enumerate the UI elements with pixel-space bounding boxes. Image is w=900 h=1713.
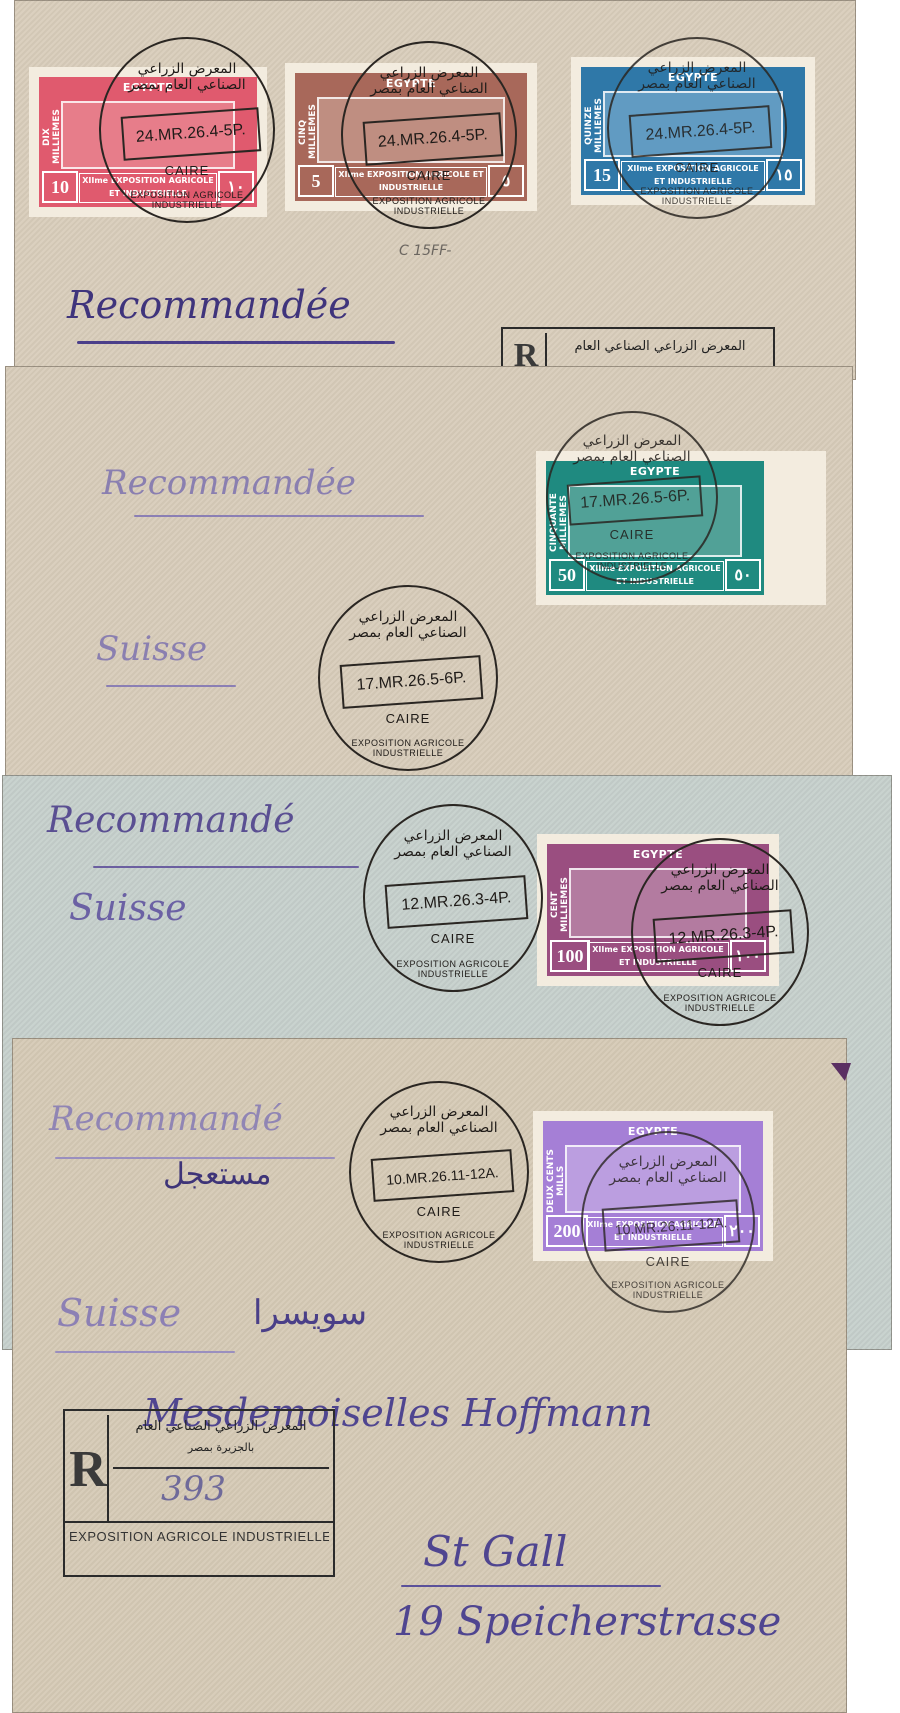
postmark-date: 10.MR.26.11-12A. [371,1149,514,1202]
handwriting-arabic-switzerland: سويسرا [253,1293,367,1333]
handwriting-recommande: Recommandé [47,800,295,841]
registration-r-letter: R [69,1415,109,1523]
handwriting-suisse: Suisse [69,888,187,929]
postmark-city: CAIRE [633,965,807,980]
postmark: المعرض الزراعي الصناعي العام بمصر 10.MR.… [349,1081,529,1263]
handwriting-street: 19 Speicherstrasse [393,1599,781,1645]
handwriting-suisse: Suisse [96,629,207,669]
postmark-ring-text: EXPOSITION AGRICOLE INDUSTRIELLE [609,186,785,206]
postmark-arabic: المعرض الزراعي الصناعي العام بمصر [377,1104,500,1136]
postmark-arabic: المعرض الزراعي الصناعي العام بمصر [346,609,469,641]
postmark-city: CAIRE [548,527,716,542]
stamp-value-words: CINQ MILLIEMES [298,101,314,163]
postmark-ring-text: EXPOSITION AGRICOLE INDUSTRIELLE [320,738,496,758]
postmark-city: CAIRE [609,160,785,175]
postmark-date: 12.MR.26.3-4P. [385,875,529,929]
postmark-arabic: المعرض الزراعي الصناعي العام بمصر [573,433,691,465]
postmark-arabic: المعرض الزراعي الصناعي العام بمصر [391,828,514,860]
postmark-arabic: المعرض الزراعي الصناعي العام بمصر [609,1154,728,1186]
registration-divider [65,1521,333,1523]
handwriting-arabic-urgent: مستعجل [163,1157,271,1192]
postmark-arabic: المعرض الزراعي الصناعي العام بمصر [635,60,758,92]
postmark: المعرض الزراعي الصناعي العام بمصر 10.MR.… [581,1131,755,1313]
stamp-value-words: DEUX CENTS MILLS [546,1149,562,1213]
registration-arabic-line1: المعرض الزراعي الصناعي العام [113,1419,329,1434]
postmark-city: CAIRE [351,1204,527,1219]
postmark-ring-text: EXPOSITION AGRICOLE INDUSTRIELLE [343,196,515,216]
postmark: المعرض الزراعي الصناعي العام بمصر 17.MR.… [546,411,718,583]
stamp-value: 5 [298,165,334,197]
handwriting-suisse: Suisse [57,1291,181,1335]
postmark-ring-text: EXPOSITION AGRICOLE INDUSTRIELLE [633,993,807,1013]
handwriting-underline [401,1585,661,1587]
postmark-ring-text: EXPOSITION AGRICOLE INDUSTRIELLE [548,551,716,571]
postmark-date: 17.MR.26.5-6P. [340,655,484,709]
handwriting-underline [106,685,236,687]
cover-1: EGYPTE DIX MILLIEMES 10 XIIme EXPOSITION… [14,0,856,380]
handwriting-underline [55,1351,235,1353]
stamp-value: 10 [42,171,78,203]
postmark-ring-text: EXPOSITION AGRICOLE INDUSTRIELLE [583,1280,753,1300]
registration-arabic-line2: بالجزيرة بمصر [113,1441,329,1454]
stamp-value-words: QUINZE MILLIEMES [584,95,600,157]
postmark: المعرض الزراعي الصناعي العام بمصر 24.MR.… [607,37,787,219]
postmark: المعرض الزراعي الصناعي العام بمصر 17.MR.… [318,585,498,771]
postmark-ring-text: EXPOSITION AGRICOLE INDUSTRIELLE [101,190,273,210]
postmark-city: CAIRE [583,1254,753,1269]
registration-arabic-text: المعرض الزراعي الصناعي العام [551,339,769,354]
cover-4: EGYPTE DEUX CENTS MILLS 200 XIIme EXPOSI… [12,1038,847,1713]
postmark: المعرض الزراعي الصناعي العام بمصر 24.MR.… [341,41,517,229]
postmark: المعرض الزراعي الصناعي العام بمصر 24.MR.… [99,37,275,223]
postmark-city: CAIRE [101,163,273,178]
handwriting-recommandee: Recommandée [67,283,351,327]
postmark: المعرض الزراعي الصناعي العام بمصر 12.MR.… [631,838,809,1026]
postmark-date: 24.MR.26.4-5P. [362,112,502,166]
handwriting-underline [77,341,395,344]
registration-label: R المعرض الزراعي الصناعي العام بالجزيرة … [63,1409,335,1577]
postmark-city: CAIRE [343,168,515,183]
cover-2: EGYPTE CINQUANTE MILLIEMES 50 XIIme EXPO… [5,366,853,786]
handwriting-city: St Gall [423,1527,567,1576]
stamp-value: 100 [550,940,590,972]
registration-number: 393 [161,1469,226,1509]
postmark-arabic: المعرض الزراعي الصناعي العام بمصر [369,65,489,97]
postmark-arabic: المعرض الزراعي الصناعي العام بمصر [127,61,247,93]
postmark-date: 17.MR.26.5-6P. [567,476,704,526]
postmark-arabic: المعرض الزراعي الصناعي العام بمصر [659,862,781,894]
handwriting-underline [93,866,359,868]
handwriting-recommandee: Recommandée [102,463,356,503]
postmark-date: 12.MR.26.3-4P. [652,909,794,963]
postmark: المعرض الزراعي الصناعي العام بمصر 12.MR.… [363,804,543,992]
handwriting-recommande: Recommandé [49,1099,283,1139]
postmark-city: CAIRE [320,711,496,726]
pencil-note: C 15FF- [399,243,451,259]
envelope-tear [831,1063,851,1081]
postmark-city: CAIRE [365,931,541,946]
registration-footer: EXPOSITION AGRICOLE INDUSTRIELLE [69,1529,329,1544]
handwriting-underline [134,515,424,517]
postmark-date: 24.MR.26.4-5P. [629,105,772,158]
postmark-date: 24.MR.26.4-5P. [120,107,260,161]
postmark-date: 10.MR.26.11-12A. [602,1199,741,1252]
postmark-ring-text: EXPOSITION AGRICOLE INDUSTRIELLE [351,1230,527,1250]
stamp-value-words: CENT MILLIEMES [550,872,566,938]
stamp-value-words: DIX MILLIEMES [42,105,58,169]
stamp-value-arabic: ٥٠ [725,559,761,591]
postmark-ring-text: EXPOSITION AGRICOLE INDUSTRIELLE [365,959,541,979]
